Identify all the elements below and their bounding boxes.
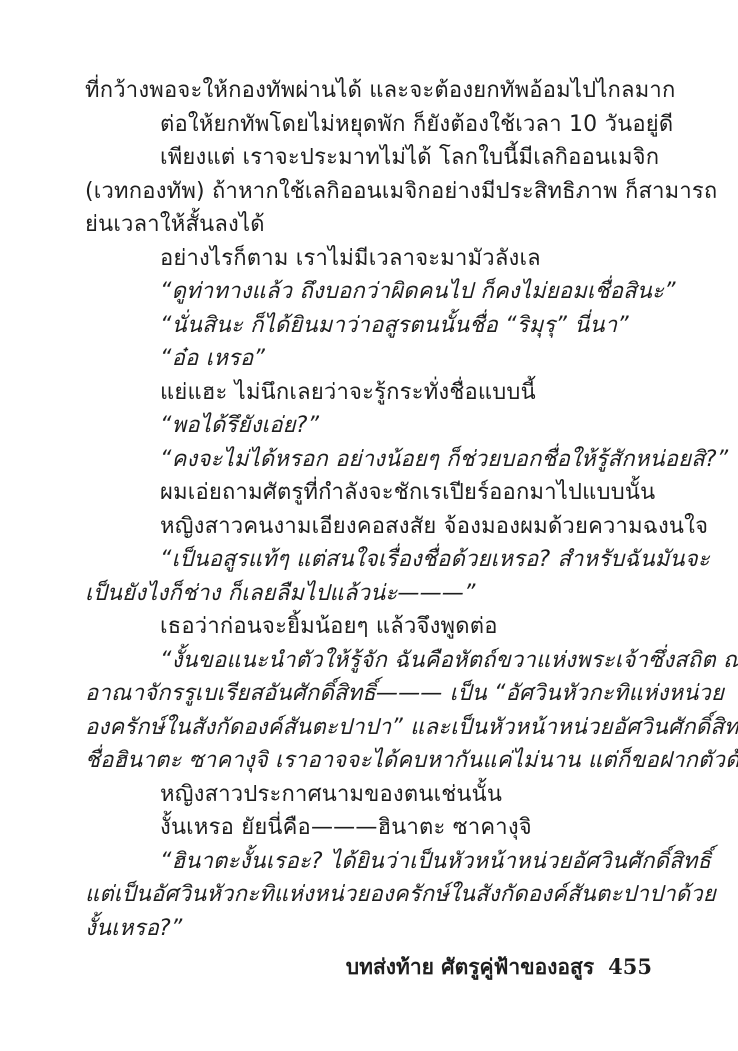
text-line: เพียงแต่ เราจะประมาทไม่ได้ โลกใบนี้มีเลก… xyxy=(85,141,660,175)
dialogue-line: “ฮินาตะงั้นเรอะ? ได้ยินว่าเป็นหัวหน้าหน่… xyxy=(85,845,660,879)
text-line: เธอว่าก่อนจะยิ้มน้อยๆ แล้วจึงพูดต่อ xyxy=(85,610,660,644)
dialogue-line: “งั้นขอแนะนำตัวให้รู้จัก ฉันคือหัตถ์ขวาแ… xyxy=(85,644,660,678)
text-line: แย่แฮะ ไม่นึกเลยว่าจะรู้กระทั่งชื่อแบบนี… xyxy=(85,376,660,410)
text-line: งั้นเหรอ ยัยนี่คือ———ฮินาตะ ซาคางุจิ xyxy=(85,811,660,845)
text-line: ย่นเวลาให้สั้นลงได้ xyxy=(85,208,660,242)
dialogue-line: งั้นเหรอ?” xyxy=(85,912,660,946)
text-line: (เวทกองทัพ) ถ้าหากใช้เลกิออนเมจิกอย่างมี… xyxy=(85,175,660,209)
page-number: 455 xyxy=(608,954,652,979)
text-line: หญิงสาวประกาศนามของตนเช่นนั้น xyxy=(85,778,660,812)
dialogue-line: “เป็นอสูรแท้ๆ แต่สนใจเรื่องชื่อด้วยเหรอ?… xyxy=(85,543,660,577)
dialogue-line: เป็นยังไงก็ช่าง ก็เลยลืมไปแล้วน่ะ———” xyxy=(85,577,660,611)
dialogue-line: ชื่อฮินาตะ ซาคางุจิ เราอาจจะได้คบหากันแค… xyxy=(85,744,660,778)
dialogue-line: “คงจะไม่ได้หรอก อย่างน้อยๆ ก็ช่วยบอกชื่อ… xyxy=(85,443,660,477)
chapter-title: บทส่งท้าย ศัตรูคู่ฟ้าของอสูร xyxy=(346,954,594,979)
text-line: ผมเอ่ยถามศัตรูที่กำลังจะชักเรเปียร์ออกมา… xyxy=(85,476,660,510)
dialogue-line: “ดูท่าทางแล้ว ถึงบอกว่าผิดคนไป ก็คงไม่ยอ… xyxy=(85,275,660,309)
dialogue-line: “นั่นสินะ ก็ได้ยินมาว่าอสูรตนนั้นชื่อ “ร… xyxy=(85,309,660,343)
dialogue-line: “พอได้รึยังเอ่ย?” xyxy=(85,409,660,443)
text-line: หญิงสาวคนงามเอียงคอสงสัย จ้องมองผมด้วยคว… xyxy=(85,510,660,544)
dialogue-line: อาณาจักรรูเบเรียสอันศักดิ์สิทธิ์——— เป็น… xyxy=(85,677,660,711)
book-page: ที่กว้างพอจะให้กองทัพผ่านได้ และจะต้องยก… xyxy=(0,0,738,1051)
dialogue-line: องครักษ์ในสังกัดองค์สันตะปาปา” และเป็นหั… xyxy=(85,711,660,745)
dialogue-line: แต่เป็นอัศวินหัวกะทิแห่งหน่วยองครักษ์ในส… xyxy=(85,878,660,912)
dialogue-line: “อ๋อ เหรอ” xyxy=(85,342,660,376)
text-line: อย่างไรก็ตาม เราไม่มีเวลาจะมามัวลังเล xyxy=(85,242,660,276)
text-line: ที่กว้างพอจะให้กองทัพผ่านได้ และจะต้องยก… xyxy=(85,74,660,108)
page-footer: บทส่งท้าย ศัตรูคู่ฟ้าของอสูร455 xyxy=(346,951,652,984)
body-text-block: ที่กว้างพอจะให้กองทัพผ่านได้ และจะต้องยก… xyxy=(85,74,660,945)
text-line: ต่อให้ยกทัพโดยไม่หยุดพัก ก็ยังต้องใช้เวล… xyxy=(85,108,660,142)
